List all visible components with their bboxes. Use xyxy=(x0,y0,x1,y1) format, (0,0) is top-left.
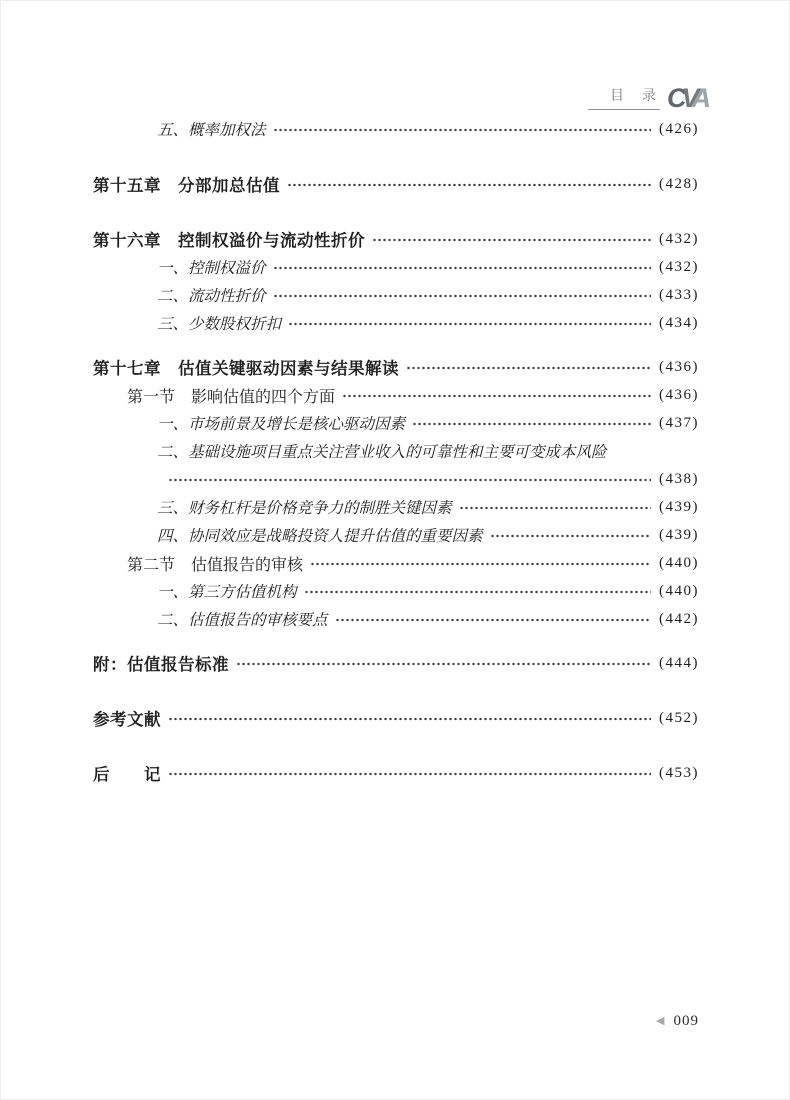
toc-entry-page: (428) xyxy=(659,176,699,193)
toc-entry-label: 二、流动性折价 xyxy=(157,284,266,306)
toc-entry-item: 一、市场前景及增长是核心驱动因素(437) xyxy=(93,409,699,437)
dot-leader xyxy=(406,360,651,376)
toc-entry-label: 一、控制权溢价 xyxy=(157,256,266,278)
dot-leader xyxy=(168,766,651,782)
toc-entry-label: 参考文献 xyxy=(93,706,161,730)
dot-leader xyxy=(168,711,651,727)
dot-leader xyxy=(273,122,651,138)
dot-leader xyxy=(168,472,651,488)
toc-entry-item: 四、协同效应是战略投资人提升估值的重要因素(439) xyxy=(93,521,699,549)
toc-entry-label: 四、协同效应是战略投资人提升估值的重要因素 xyxy=(157,524,483,546)
toc-entry-label: 二、基础设施项目重点关注营业收入的可靠性和主要可变成本风险 xyxy=(157,440,607,462)
toc-entry-continuation: (438) xyxy=(93,465,699,493)
toc-entry-page: (452) xyxy=(659,710,699,727)
dot-leader xyxy=(273,260,651,276)
toc-entry-label: 第十六章 控制权溢价与流动性折价 xyxy=(93,227,365,251)
toc-entry-page: (453) xyxy=(659,765,699,782)
dot-leader xyxy=(287,177,651,193)
toc-entry-page: (432) xyxy=(659,231,699,248)
toc-entry-chapter: 后 记(453) xyxy=(93,759,699,787)
book-toc-page: 目 录 C V A 五、概率加权法(426)第十五章 分部加总估值(428)第十… xyxy=(0,0,790,1100)
running-header: 目 录 C V A xyxy=(588,85,707,110)
dot-leader xyxy=(459,500,651,516)
toc-entry-page: (434) xyxy=(659,315,699,332)
toc-entry-item: 三、财务杠杆是价格竞争力的制胜关键因素(439) xyxy=(93,493,699,521)
toc-entry-page: (439) xyxy=(659,527,699,544)
toc-entry-label: 五、概率加权法 xyxy=(157,118,266,140)
toc-entry-item: 三、少数股权折扣(434) xyxy=(93,309,699,337)
dot-leader xyxy=(342,388,651,404)
toc-entry-label: 第二节 估值报告的审核 xyxy=(127,552,303,575)
dot-leader xyxy=(304,584,651,600)
toc-entry-page: (432) xyxy=(659,259,699,276)
toc-entry-chapter: 附：估值报告标准(444) xyxy=(93,649,699,677)
cva-logo-letter-a: A xyxy=(692,85,708,112)
toc-entry-chapter: 参考文献(452) xyxy=(93,704,699,732)
dot-leader xyxy=(490,528,651,544)
toc-entry-chapter: 第十七章 估值关键驱动因素与结果解读(436) xyxy=(93,353,699,381)
toc-entry-section: 第二节 估值报告的审核(440) xyxy=(93,549,699,577)
toc-entry-label: 后 记 xyxy=(93,761,161,785)
cva-logo-letter-c: C xyxy=(667,85,683,112)
toc-entry-page: (436) xyxy=(659,387,699,404)
cva-logo: C V A xyxy=(667,85,707,112)
toc-entry-label: 三、少数股权折扣 xyxy=(157,312,281,334)
dot-leader xyxy=(310,556,651,572)
dot-leader xyxy=(288,316,651,332)
running-title: 目 录 xyxy=(588,90,660,110)
toc-entry-label: 三、财务杠杆是价格竞争力的制胜关键因素 xyxy=(157,496,452,518)
toc-entry-item: 一、第三方估值机构(440) xyxy=(93,577,699,605)
toc-entry-label: 一、第三方估值机构 xyxy=(157,580,297,602)
toc-list: 五、概率加权法(426)第十五章 分部加总估值(428)第十六章 控制权溢价与流… xyxy=(93,115,699,787)
dot-leader xyxy=(412,416,651,432)
dot-leader xyxy=(236,656,651,672)
toc-entry-page: (439) xyxy=(659,499,699,516)
toc-entry-page: (436) xyxy=(659,359,699,376)
toc-entry-chapter: 第十六章 控制权溢价与流动性折价(432) xyxy=(93,225,699,253)
toc-entry-item: 二、流动性折价(433) xyxy=(93,281,699,309)
toc-entry-item: 一、控制权溢价(432) xyxy=(93,253,699,281)
toc-entry-label: 二、估值报告的审核要点 xyxy=(157,608,328,630)
toc-entry-label: 一、市场前景及增长是核心驱动因素 xyxy=(157,412,405,434)
toc-entry-page: (437) xyxy=(659,415,699,432)
toc-entry-item: 二、基础设施项目重点关注营业收入的可靠性和主要可变成本风险 xyxy=(93,437,699,465)
toc-entry-label: 第十五章 分部加总估值 xyxy=(93,172,280,196)
toc-entry-page: (440) xyxy=(659,583,699,600)
toc-entry-page: (426) xyxy=(659,121,699,138)
toc-entry-item: 二、估值报告的审核要点(442) xyxy=(93,605,699,633)
toc-entry-label: 第十七章 估值关键驱动因素与结果解读 xyxy=(93,355,399,379)
toc-entry-page: (444) xyxy=(659,655,699,672)
toc-entry-page: (442) xyxy=(659,611,699,628)
toc-entry-page: (433) xyxy=(659,287,699,304)
toc-entry-label: 第一节 影响估值的四个方面 xyxy=(127,384,335,407)
page-footer: ◀ 009 xyxy=(656,1014,699,1029)
toc-entry-chapter: 第十五章 分部加总估值(428) xyxy=(93,170,699,198)
left-triangle-icon: ◀ xyxy=(656,1016,664,1027)
toc-entry-page: (438) xyxy=(659,471,699,488)
toc-entry-section: 第一节 影响估值的四个方面(436) xyxy=(93,381,699,409)
dot-leader xyxy=(273,288,651,304)
toc-entry-page: (440) xyxy=(659,555,699,572)
page-number: 009 xyxy=(674,1014,700,1029)
toc-entry-label: 附：估值报告标准 xyxy=(93,651,229,675)
dot-leader xyxy=(372,232,651,248)
toc-entry-item: 五、概率加权法(426) xyxy=(93,115,699,143)
dot-leader xyxy=(335,612,651,628)
